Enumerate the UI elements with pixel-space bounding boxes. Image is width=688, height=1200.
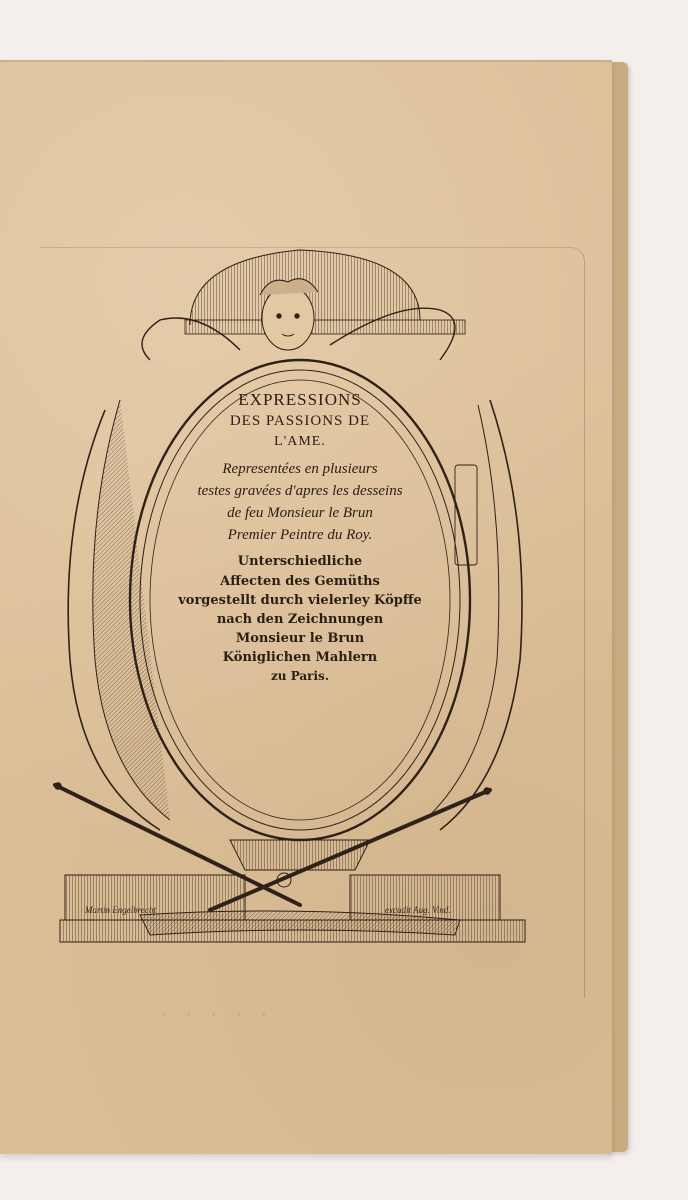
title-line-3: L'AME.	[150, 434, 450, 450]
title-line-2: DES PASSIONS DE	[150, 413, 450, 430]
publisher-inscription: excudit Aug. Vind.	[385, 905, 451, 915]
german-subtitle-line: zu Paris.	[150, 667, 450, 687]
french-subtitle-line: Representées en plusieurs	[150, 458, 450, 480]
german-subtitle-line: vorgestellt durch vielerley Köpffe	[150, 591, 450, 611]
german-subtitle-line: Monsieur le Brun	[150, 629, 450, 649]
german-subtitle-line: Königlichen Mahlern	[150, 648, 450, 668]
title-line-1: EXPRESSIONS	[150, 390, 450, 410]
german-subtitle-line: Unterschiedliche	[150, 552, 450, 572]
engraver-inscription: Martin Engelbrecht	[85, 905, 156, 915]
german-subtitle-line: nach den Zeichnungen	[150, 610, 450, 630]
french-subtitle-line: testes gravées d'apres les desseins	[150, 480, 450, 502]
french-subtitle-line: de feu Monsieur le Brun	[150, 502, 450, 524]
pencil-annotation: · · · · ·	[160, 1000, 273, 1030]
german-subtitle-line: Affecten des Gemüths	[150, 572, 450, 592]
french-subtitle-line: Premier Peintre du Roy.	[150, 524, 450, 546]
